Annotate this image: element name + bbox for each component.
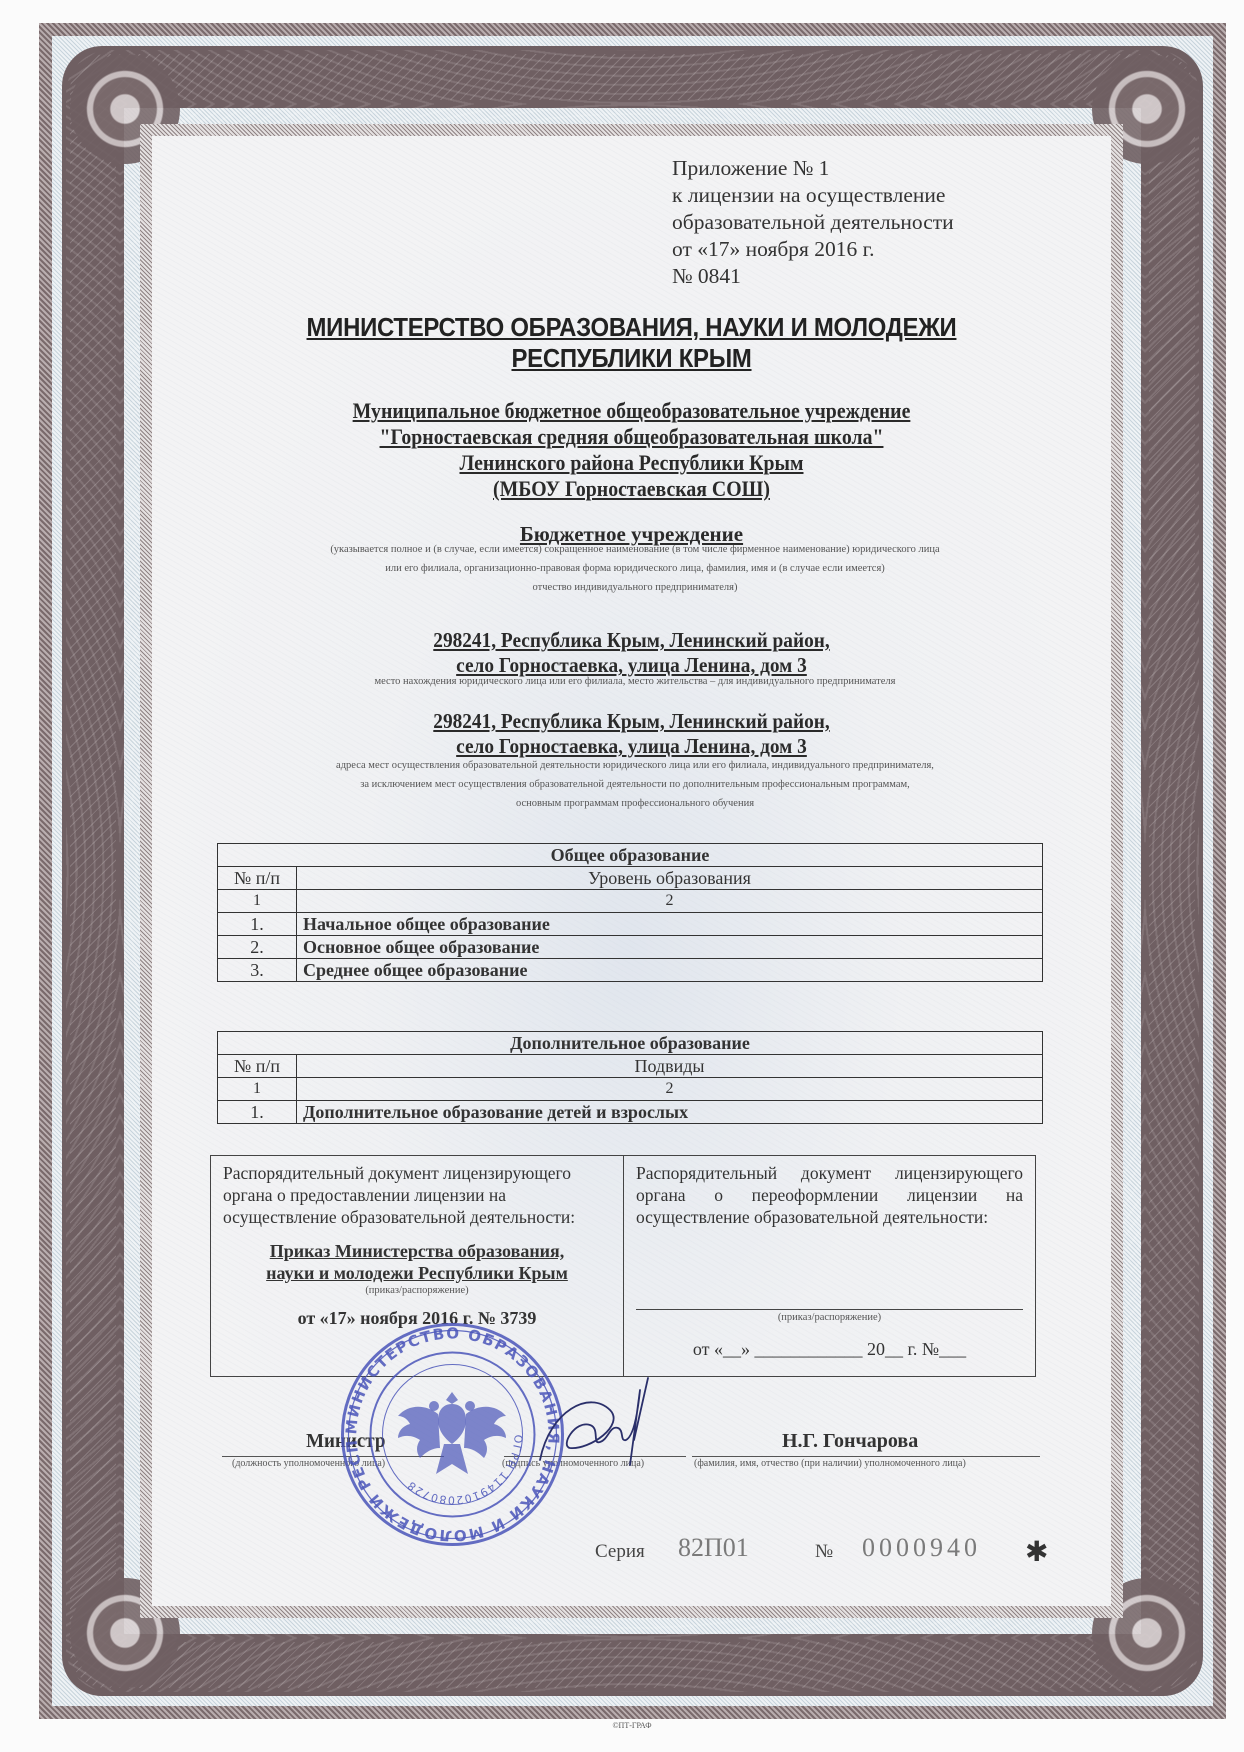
reissue-order: Распорядительный документ лицензирующего… [623,1156,1035,1376]
ministry-title-line: МИНИСТЕРСТВО ОБРАЗОВАНИЯ, НАУКИ И МОЛОДЕ… [190,312,1072,343]
printer-mark: ©ПТ-ГРАФ [572,1721,692,1730]
row-number: 1. [218,1101,297,1124]
order-name-line: науки и молодежи Республики Крым [223,1262,611,1284]
blank-line [636,1309,1023,1310]
education-level: Основное общее образование [297,936,1043,959]
education-level: Начальное общее образование [297,913,1043,936]
general-education-table: Общее образование № п/п Уровень образова… [217,843,1043,982]
table-row: 1. Дополнительное образование детей и вз… [218,1101,1043,1124]
table-row: 3. Среднее общее образование [218,959,1043,982]
row-number: 3. [218,959,297,982]
activity-address: 298241, Республика Крым, Ленинский район… [190,709,1072,759]
organization-name-line: (МБОУ Горностаевская СОШ) [200,476,1063,502]
reissue-order-date: от «__» ____________ 20__ г. №___ [624,1338,1035,1360]
row-number: 1. [218,913,297,936]
security-mark-icon: ✱ [1025,1535,1048,1569]
note-line: за исключением мест осуществления образо… [200,775,1070,794]
grant-order-title: Распорядительный документ лицензирующего… [223,1162,611,1228]
column-index: 2 [297,890,1043,913]
appendix-line: к лицензии на осуществление [672,182,954,209]
table-row: 2. Основное общее образование [218,936,1043,959]
address-line: 298241, Республика Крым, Ленинский район… [190,628,1072,653]
table-caption: Дополнительное образование [218,1032,1043,1055]
address-line: 298241, Республика Крым, Ленинский район… [190,709,1072,734]
column-header: № п/п [218,1055,297,1078]
orders-box: Распорядительный документ лицензирующего… [210,1155,1036,1377]
form-number: 0000940 [862,1533,981,1563]
order-name-line: Приказ Министерства образования, [223,1240,611,1262]
appendix-line: № 0841 [672,263,954,290]
table-caption: Общее образование [218,844,1043,867]
legal-address-note: место нахождения юридического лица или е… [200,675,1070,688]
row-number: 2. [218,936,297,959]
note-line: или его филиала, организационно-правовая… [200,559,1070,578]
appendix-line: Приложение № 1 [672,155,954,182]
organization-name: Муниципальное бюджетное общеобразователь… [200,398,1063,502]
grant-order-name: Приказ Министерства образования, науки и… [223,1240,611,1284]
column-index: 2 [297,1078,1043,1101]
appendix-line: от «17» ноября 2016 г. [672,236,954,263]
appendix-reference: Приложение № 1 к лицензии на осуществлен… [672,155,954,290]
organization-name-line: Муниципальное бюджетное общеобразователь… [200,398,1063,424]
series-label: Серия [595,1541,645,1563]
signer-name: Н.Г. Гончарова [782,1430,918,1453]
legal-address: 298241, Республика Крым, Ленинский район… [190,628,1072,678]
organization-note: (указывается полное и (в случае, если им… [200,540,1070,597]
appendix-line: образовательной деятельности [672,209,954,236]
organization-name-line: "Горностаевская средняя общеобразователь… [200,424,1063,450]
column-header: № п/п [218,867,297,890]
organization-name-line: Ленинского района Республики Крым [200,450,1063,476]
series-value: 82П01 [678,1533,749,1563]
name-caption: (фамилия, имя, отчество (при наличии) уп… [694,1458,966,1469]
handwritten-signature-icon [530,1370,660,1480]
table-row: 1. Начальное общее образование [218,913,1043,936]
grant-order-kind: (приказ/распоряжение) [223,1284,611,1297]
note-line: адреса мест осуществления образовательно… [200,756,1070,775]
note-line: отчество индивидуального предпринимателя… [200,578,1070,597]
note-line: основным программам профессионального об… [200,794,1070,813]
number-label: № [815,1541,833,1563]
activity-address-note: адреса мест осуществления образовательно… [200,756,1070,813]
additional-education-table: Дополнительное образование № п/п Подвиды… [217,1031,1043,1124]
reissue-order-title: Распорядительный документ лицензирующего… [636,1162,1023,1228]
column-header: Уровень образования [297,867,1043,890]
ministry-title-line: РЕСПУБЛИКИ КРЫМ [190,343,1072,374]
reissue-order-kind: (приказ/распоряжение) [624,1311,1035,1324]
ministry-title: МИНИСТЕРСТВО ОБРАЗОВАНИЯ, НАУКИ И МОЛОДЕ… [190,312,1072,374]
education-subtype: Дополнительное образование детей и взрос… [297,1101,1043,1124]
education-level: Среднее общее образование [297,959,1043,982]
name-line [692,1456,1040,1457]
column-header: Подвиды [297,1055,1043,1078]
column-index: 1 [218,890,297,913]
note-line: (указывается полное и (в случае, если им… [200,540,1070,559]
column-index: 1 [218,1078,297,1101]
